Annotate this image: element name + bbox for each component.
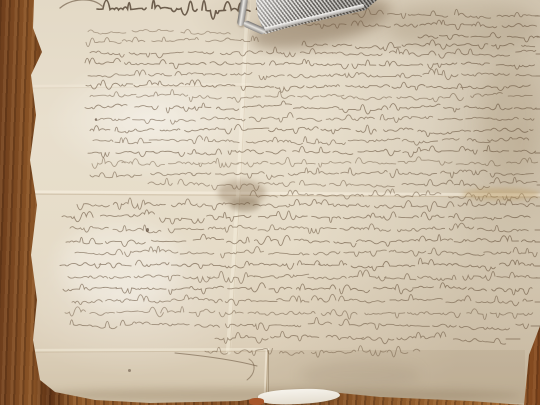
stain [128,369,131,372]
script-line [60,258,540,271]
ink-flourish [60,0,102,8]
crease-highlight [33,349,268,350]
script-line [90,89,532,102]
script-line [88,146,540,158]
script-line [86,36,258,47]
script-line [90,47,540,58]
script-line [215,331,520,344]
script-line [62,210,530,224]
ink-flourish [247,359,254,380]
manuscript-photo [0,0,540,405]
script-line [65,307,533,320]
script-line [66,234,540,247]
stain [146,228,149,232]
script-line [95,113,534,125]
script-line [70,317,540,330]
script-line [77,198,540,211]
script-line [88,69,540,80]
script-line [75,246,537,258]
stain [462,188,540,200]
script-line [63,283,532,295]
script-line [85,58,535,69]
stain [230,198,260,212]
script-line [88,29,230,34]
script-line [302,40,535,51]
script-line [68,270,540,283]
script-line [90,124,533,136]
table-gap-between-leaves [249,398,264,405]
script-line [72,294,540,305]
ink-flourish [175,353,257,366]
handwriting-ink-layer [0,0,540,405]
script-line [148,178,394,190]
script-line [90,168,533,180]
script-line [93,136,529,146]
script-line [418,33,540,42]
script-line [70,223,540,234]
parchment-document [0,0,540,405]
script-line [92,157,538,169]
script-line [85,101,540,114]
stain [95,118,97,121]
